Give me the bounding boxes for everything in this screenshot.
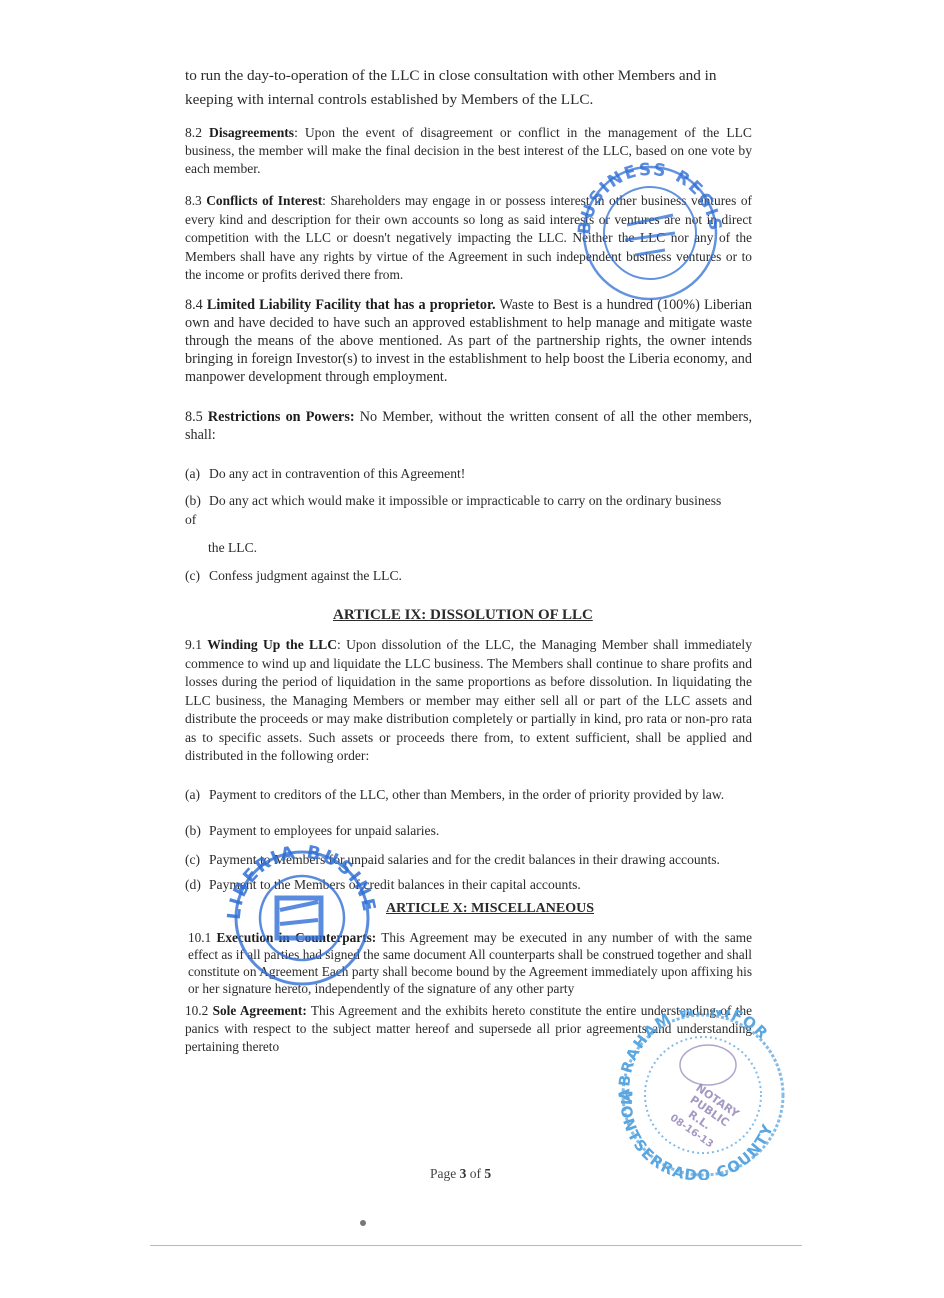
intro-line-1: to run the day-to-operation of the LLC i…	[185, 64, 765, 88]
restriction-item-a: (a)Do any act in contravention of this A…	[185, 465, 765, 483]
footer-rule	[150, 1245, 802, 1246]
section-number: 8.5	[185, 409, 208, 425]
article-9-heading: ARTICLE IX: DISSOLUTION OF LLC	[333, 607, 593, 624]
document-page: to run the day-to-operation of the LLC i…	[0, 0, 944, 1298]
item-label: (d)	[185, 876, 209, 894]
section-number: 10.2	[185, 1003, 213, 1018]
intro-paragraph: to run the day-to-operation of the LLC i…	[185, 64, 765, 112]
item-text: Payment to creditors of the LLC, other t…	[209, 787, 724, 802]
item-text: Payment to employees for unpaid salaries…	[209, 823, 439, 838]
page-prefix: Page	[430, 1166, 460, 1181]
distribution-item-b: (b)Payment to employees for unpaid salar…	[185, 822, 765, 840]
liberia-business-registry-stamp-icon: LIBERIA BUSINESS REGISTRY	[222, 840, 382, 990]
svg-text:BUSINESS REGISTRY: BUSINESS REGISTRY	[565, 155, 725, 236]
section-title: Sole Agreement:	[213, 1003, 307, 1018]
section-number: 9.1	[185, 637, 207, 652]
article-10-heading: ARTICLE X: MISCELLANEOUS	[386, 901, 594, 917]
svg-text:ABRAHAM W. NIFOR: ABRAHAM W. NIFOR	[615, 1010, 772, 1101]
section-8-5: 8.5 Restrictions on Powers: No Member, w…	[185, 408, 752, 444]
restriction-item-b-cont: of	[185, 511, 765, 529]
item-label: (b)	[185, 822, 209, 840]
item-label: (a)	[185, 465, 209, 483]
item-text: Confess judgment against the LLC.	[209, 568, 402, 583]
section-number: 10.1	[188, 930, 217, 945]
notary-public-stamp-icon: ABRAHAM W. NIFOR MONTSERRADO COUNTY NOTA…	[600, 1010, 810, 1180]
distribution-item-a: (a)Payment to creditors of the LLC, othe…	[185, 786, 765, 804]
section-text: : Upon dissolution of the LLC, the Manag…	[185, 637, 752, 763]
section-number: 8.3	[185, 193, 206, 208]
item-text-continued: of	[185, 512, 196, 527]
item-label: (a)	[185, 786, 209, 804]
item-label: (c)	[185, 851, 209, 869]
svg-text:LIBERIA BUSINESS REGISTRY: LIBERIA BUSINESS REGISTRY	[222, 840, 380, 921]
total-pages: 5	[484, 1166, 491, 1181]
section-title: Limited Liability Facility that has a pr…	[207, 297, 496, 313]
restriction-item-b-cont2: the LLC.	[208, 539, 788, 557]
business-registry-stamp-icon: BUSINESS REGISTRY	[565, 155, 735, 305]
section-9-1: 9.1 Winding Up the LLC: Upon dissolution…	[185, 636, 752, 766]
intro-line-2: keeping with internal controls establish…	[185, 88, 765, 112]
scan-speck	[360, 1220, 366, 1226]
section-number: 8.4	[185, 297, 207, 313]
page-number: Page 3 of 5	[430, 1166, 491, 1182]
restriction-item-b: (b)Do any act which would make it imposs…	[185, 492, 765, 510]
section-title: Disagreements	[209, 125, 294, 140]
section-8-4: 8.4 Limited Liability Facility that has …	[185, 296, 752, 386]
item-label: (b)	[185, 492, 209, 510]
item-text-continued: the LLC.	[208, 540, 257, 555]
item-text: Do any act which would make it impossibl…	[209, 493, 721, 508]
section-title: Conflicts of Interest	[206, 193, 322, 208]
section-title: Winding Up the LLC	[207, 637, 337, 652]
section-number: 8.2	[185, 125, 209, 140]
item-label: (c)	[185, 567, 209, 585]
restriction-item-c: (c)Confess judgment against the LLC.	[185, 567, 765, 585]
page-of: of	[466, 1166, 484, 1181]
item-text: Do any act in contravention of this Agre…	[209, 466, 465, 481]
section-title: Restrictions on Powers:	[208, 409, 355, 425]
